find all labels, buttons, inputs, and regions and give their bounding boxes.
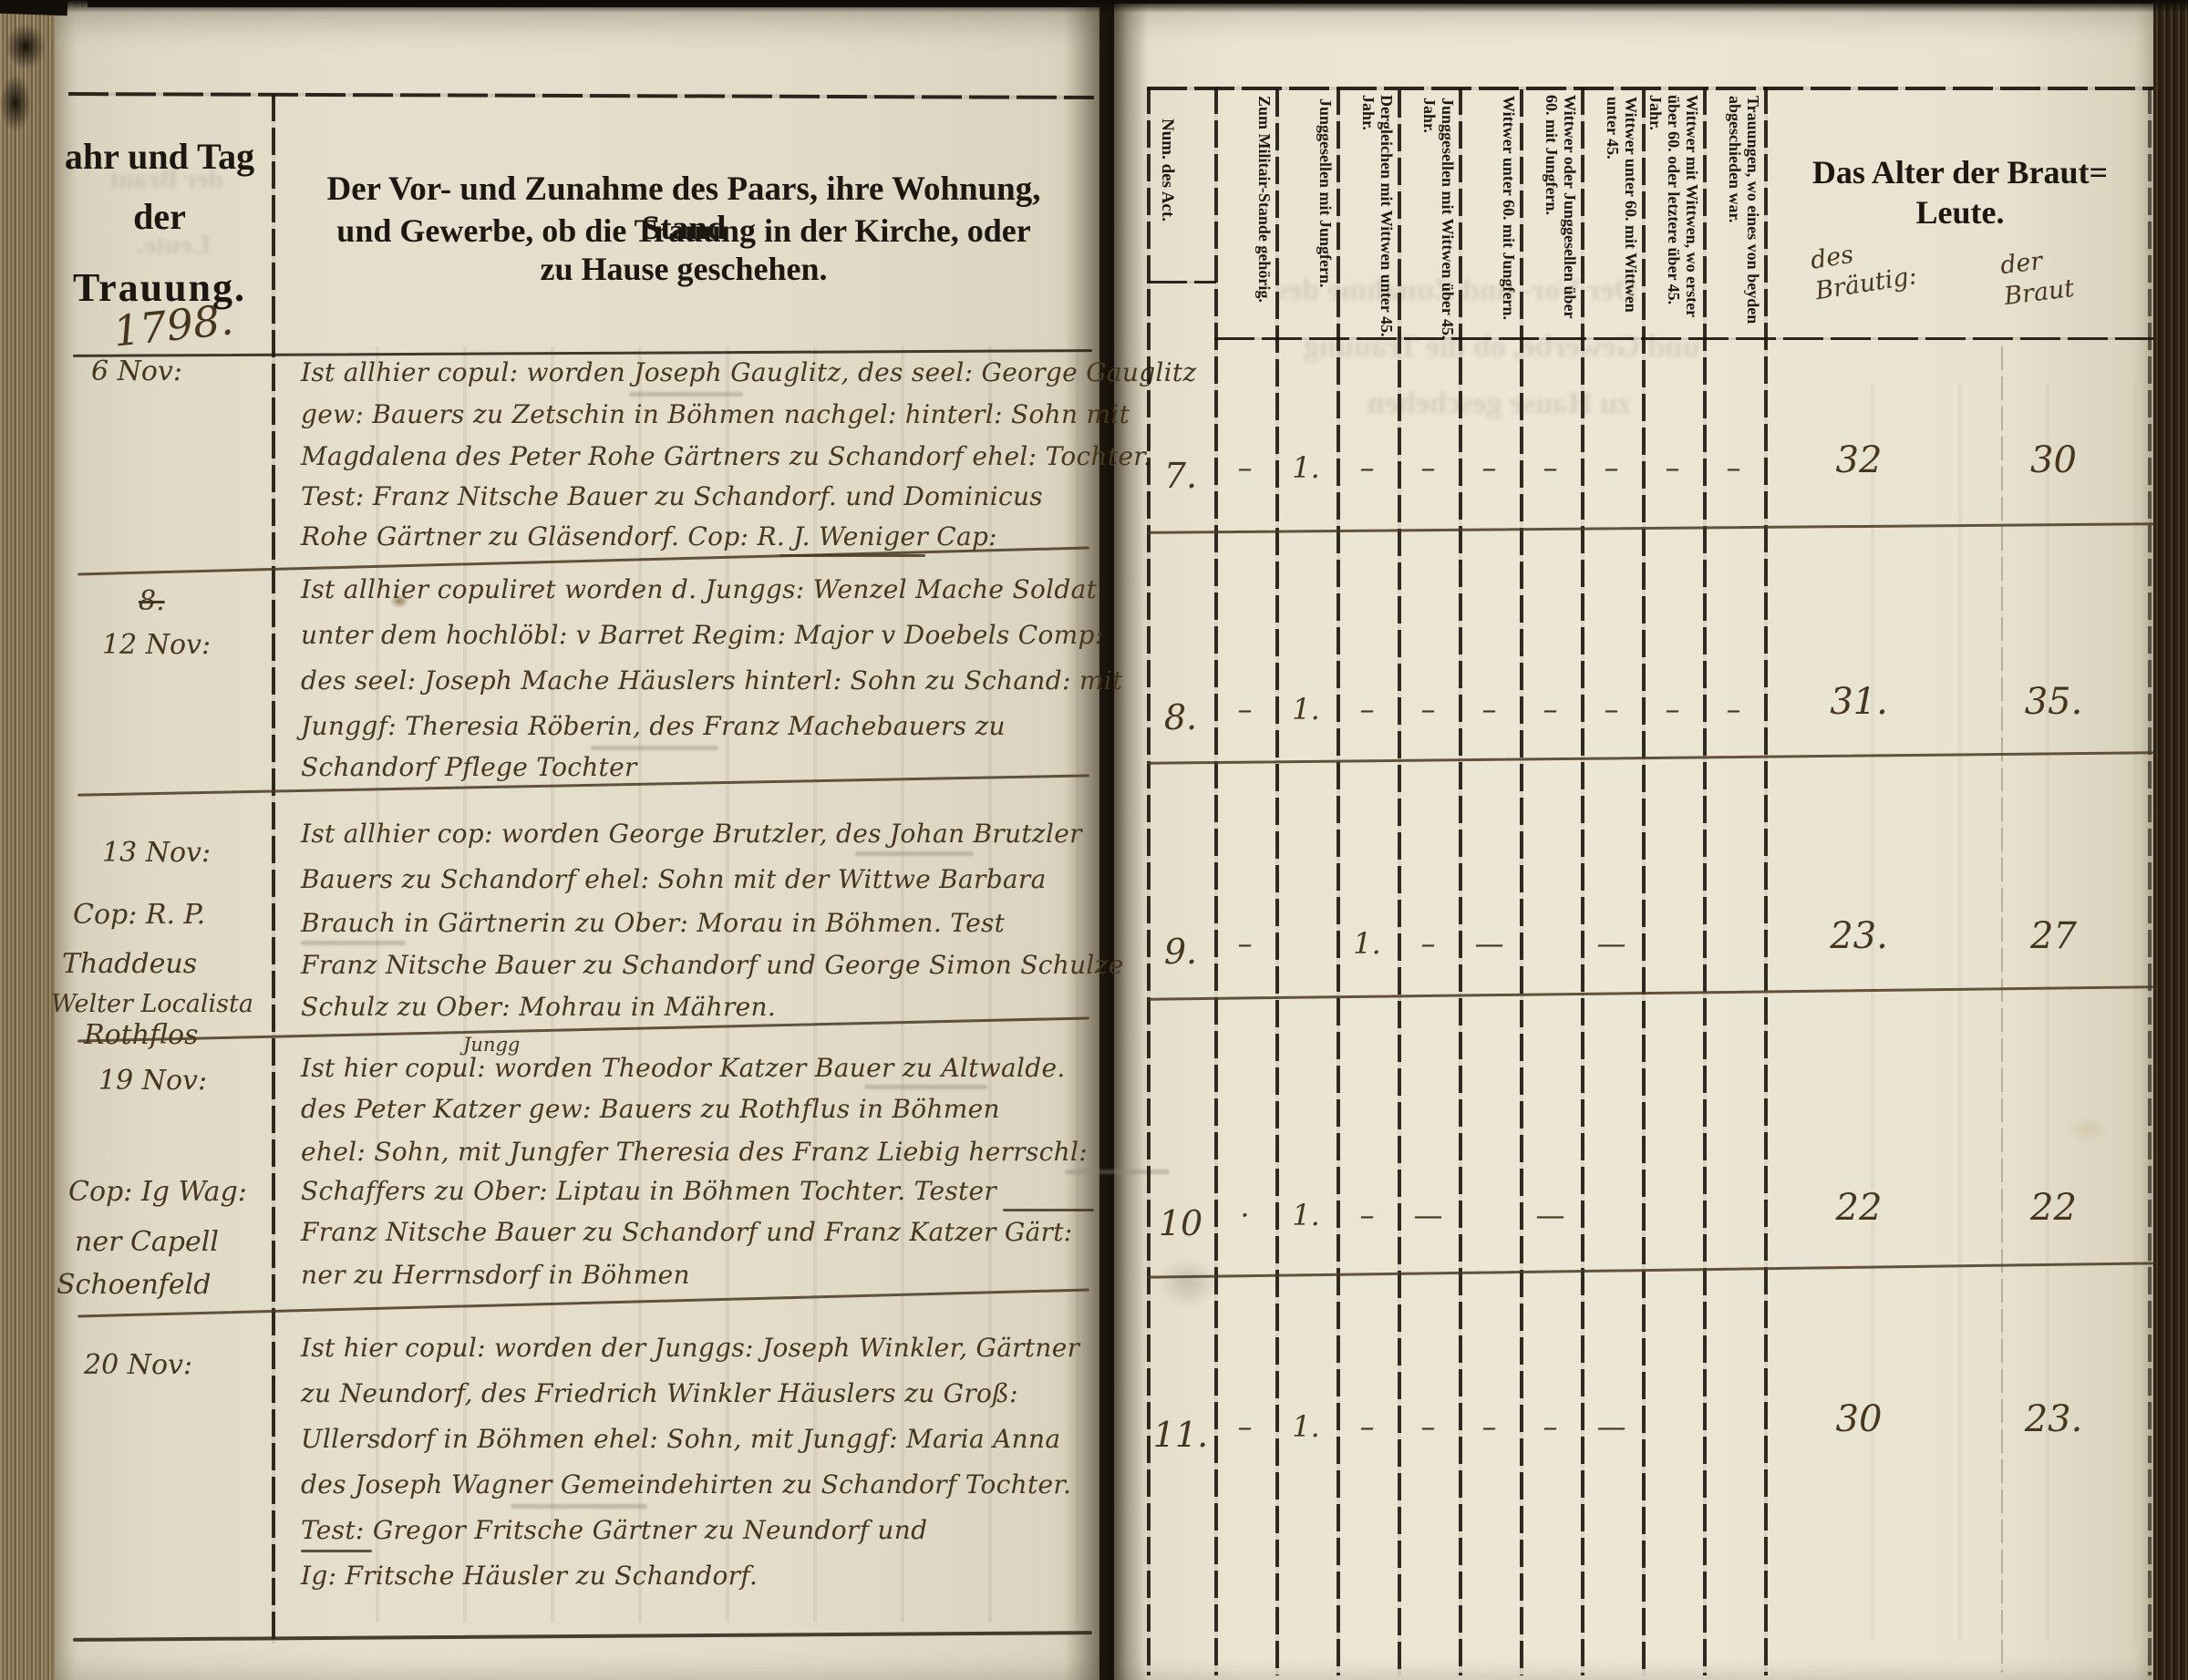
row-number: 11. <box>1147 1415 1214 1473</box>
pencil-underline <box>511 1504 647 1509</box>
entry-date: 6 Nov: <box>91 356 182 387</box>
tally-mark: — <box>1581 926 1642 984</box>
tally-mark: · <box>1214 1198 1275 1256</box>
entry-date: 19 Nov: <box>98 1065 207 1097</box>
row-number: 10 <box>1147 1203 1214 1262</box>
tally-mark: — <box>1398 1198 1459 1256</box>
register-row: 11. – 1. – – – – — 30 23. <box>1147 1415 2153 1473</box>
entry-text-line: unter dem hochlöbl: v Barret Regim: Majo… <box>301 620 1103 650</box>
pencil-underline <box>629 392 743 397</box>
bride-column-label: der Braut <box>1998 238 2114 313</box>
tally-mark <box>1520 926 1581 984</box>
tally-mark: – <box>1337 450 1398 509</box>
entry-margin-note: Cop: Ig Wag: <box>68 1176 247 1208</box>
stat-column-header: Wittwer mit Wittwen, wo erster über 60. … <box>1646 95 1701 337</box>
stat-column-header: Dergleichen mit Wittwen unter 45. Jahr. <box>1341 95 1396 337</box>
ink-underline <box>1003 1209 1094 1211</box>
tally-mark: 1. <box>1275 1198 1337 1256</box>
entry-text-line: Ist allhier copuliret worden d. Junggs: … <box>301 574 1097 604</box>
entry-text-line: des Peter Katzer gew: Bauers zu Rothflus… <box>301 1094 1000 1124</box>
row-number: 7. <box>1147 456 1214 514</box>
entry-text-line: Brauch in Gärtnerin zu Ober: Morau in Bö… <box>301 908 1005 938</box>
entry-date: 20 Nov: <box>84 1349 192 1381</box>
pencil-underline <box>591 746 718 750</box>
stat-column-header: Wittwer unter 60. mit Jungfern. <box>1463 96 1518 338</box>
entry-margin-note: Welter Localista <box>51 990 253 1018</box>
entry-date: 8. <box>139 585 165 617</box>
age-divider-rule <box>2001 346 2003 1673</box>
groom-age: 31. <box>1764 681 1954 739</box>
entry-margin-note: ner Capell <box>75 1226 219 1258</box>
tally-mark: – <box>1214 926 1275 984</box>
groom-age: 22 <box>1764 1187 1954 1245</box>
register-book-spread: der Braut Leute. Der Vor- und Zunahme de… <box>0 0 2188 1680</box>
entry-text-line: Rohe Gärtner zu Gläsendorf. Cop: R. J. W… <box>301 521 997 551</box>
entry-text-line: ehel: Sohn, mit Jungfer Theresia des Fra… <box>301 1137 1088 1167</box>
stat-column-header: Zum Militair-Stande gehörig. <box>1219 96 1274 338</box>
row-number: 9. <box>1147 932 1214 990</box>
tally-mark <box>1459 1198 1520 1256</box>
tally-mark: 1. <box>1275 692 1337 750</box>
entry-text-line: Schaffers zu Ober: Liptau in Böhmen Toch… <box>301 1176 996 1206</box>
tally-mark: – <box>1642 450 1703 509</box>
tally-mark: — <box>1520 1198 1581 1256</box>
groom-age: 30 <box>1764 1398 1954 1457</box>
stat-column-header: Wittwer oder Junggesellen über 60. mit J… <box>1524 95 1579 337</box>
groom-age: 32 <box>1764 439 1954 498</box>
ink-underline <box>301 1550 372 1552</box>
tally-mark <box>1275 926 1337 984</box>
pencil-underline <box>1065 1170 1170 1174</box>
register-row: 9. – 1. – — — 23. 27 <box>1147 932 2153 990</box>
tally-mark: 1. <box>1337 926 1398 984</box>
entry-text-line: Ist hier copul: worden der Junggs: Josep… <box>301 1333 1079 1363</box>
book-fore-edge <box>0 0 60 1680</box>
entry-text-line: Test: Franz Nitsche Bauer zu Schandorf. … <box>301 481 1043 511</box>
pencil-underline <box>301 941 406 945</box>
register-row: 8. – 1. – – – – – – – 31. 35. <box>1147 697 2153 756</box>
tally-mark: – <box>1398 926 1459 984</box>
entry-text-line: des seel: Joseph Mache Häuslers hinterl:… <box>301 665 1123 696</box>
tally-mark: – <box>1520 450 1581 509</box>
tally-mark <box>1642 1409 1703 1468</box>
tally-mark: — <box>1459 926 1520 984</box>
entry-margin-note: Rothflos <box>84 1019 199 1051</box>
tally-mark: – <box>1581 450 1642 509</box>
tally-mark: – <box>1703 450 1764 509</box>
age-section-title-line: Leute. <box>1773 193 2147 232</box>
main-header-line: und Gewerbe, ob die Trauung in der Kirch… <box>283 211 1085 250</box>
tally-mark: – <box>1214 1409 1275 1468</box>
row-number: 8. <box>1147 697 1214 756</box>
entry-text-line: Franz Nitsche Bauer zu Schandorf und Fra… <box>301 1217 1073 1247</box>
book-right-edge <box>2153 0 2188 1680</box>
entry-text-line: gew: Bauers zu Zetschin in Böhmen nachge… <box>301 399 1130 429</box>
main-header-line: zu Hause geschehen. <box>283 250 1085 288</box>
entry-text-line: Franz Nitsche Bauer zu Schandorf und Geo… <box>301 950 1124 980</box>
entry-text-line: des Joseph Wagner Gemeindehirten zu Scha… <box>301 1469 1071 1500</box>
register-row: 10 · 1. – — — 22 22 <box>1147 1203 2153 1262</box>
entry-date: 12 Nov: <box>102 629 211 661</box>
tally-mark: – <box>1214 692 1275 750</box>
right-header-bottom-rule <box>1214 337 2153 340</box>
entry-text-line: Magdalena des Peter Rohe Gärtners zu Sch… <box>301 441 1151 471</box>
tally-mark: – <box>1337 1198 1398 1256</box>
tally-mark: 1. <box>1275 450 1337 509</box>
bride-age: 23. <box>1954 1398 2153 1457</box>
entry-date: 13 Nov: <box>102 837 211 869</box>
tally-mark <box>1642 1198 1703 1256</box>
tally-mark: – <box>1337 1409 1398 1468</box>
entry-text-line: zu Neundorf, des Friedrich Winkler Häusl… <box>301 1378 1018 1408</box>
entry-text-line: Ig: Fritsche Häusler zu Schandorf. <box>301 1561 758 1591</box>
tally-mark: — <box>1581 1409 1642 1468</box>
pencil-underline <box>864 1085 987 1089</box>
date-column-header-line: der <box>55 195 264 238</box>
binding-mark <box>0 75 31 131</box>
stat-column-header: Trauungen, wo eines von beyden abgeschie… <box>1708 96 1762 338</box>
groom-age: 23. <box>1764 915 1954 974</box>
bride-age: 27 <box>1954 915 2153 974</box>
tally-mark: – <box>1642 692 1703 750</box>
tally-mark <box>1581 1198 1642 1256</box>
entry-margin-note: Thaddeus <box>62 948 197 980</box>
pencil-underline <box>855 851 974 856</box>
stat-column-header: Wittwer unter 60. mit Wittwen unter 45. <box>1585 97 1640 339</box>
tally-mark: – <box>1703 692 1764 750</box>
bleedthrough-text: zu Hause geschehen <box>1367 387 1631 421</box>
tally-mark <box>1703 1198 1764 1256</box>
stat-column-header: Junggesellen mit Jungfern. <box>1280 98 1335 341</box>
entry-text-line: Ist allhier cop: worden George Brutzler,… <box>301 819 1082 849</box>
stat-column-header: Junggesellen mit Wittwen über 45. Jahr. <box>1402 98 1457 340</box>
entry-text-line: ner zu Herrnsdorf in Böhmen <box>301 1260 690 1290</box>
age-section-title-line: Das Alter der Braut= <box>1773 153 2147 191</box>
right-table-top-rule <box>1147 87 2153 90</box>
left-date-column-rule <box>272 94 275 1644</box>
binding-mark <box>0 0 67 15</box>
entry-text-line: Ist allhier copul: worden Joseph Gauglit… <box>301 357 1197 387</box>
tally-mark: – <box>1398 450 1459 509</box>
tally-mark: – <box>1520 1409 1581 1468</box>
tally-mark: – <box>1459 692 1520 750</box>
entry-text-line: Junggf: Theresia Röberin, des Franz Mach… <box>301 711 1006 741</box>
pencil-smudge <box>1156 1258 1220 1308</box>
entry-text-line: Test: Gregor Fritsche Gärtner zu Neundor… <box>301 1515 927 1545</box>
tally-mark: – <box>1459 1409 1520 1468</box>
top-shadow <box>0 0 2188 13</box>
num-column-header: Num. des Act. <box>1158 119 1176 310</box>
date-column-header-line: ahr und Tag <box>55 135 264 178</box>
tally-mark <box>1703 1409 1764 1468</box>
entry-margin-note: Cop: R. P. <box>73 899 205 931</box>
bride-age: 22 <box>1954 1187 2153 1245</box>
register-row: 7. – 1. – – – – – – – 32 30 <box>1147 456 2153 514</box>
entry-text-line: Schandorf Pflege Tochter <box>301 752 637 782</box>
bride-age: 30 <box>1954 439 2153 498</box>
tally-mark: – <box>1581 692 1642 750</box>
entry-text-line: Ullersdorf in Böhmen ehel: Sohn, mit Jun… <box>301 1424 1060 1454</box>
entry-text-line: Ist hier copul: worden Theodor Katzer Ba… <box>301 1053 1066 1083</box>
tally-mark: – <box>1214 450 1275 509</box>
tally-mark: – <box>1520 692 1581 750</box>
binding-mark <box>5 24 46 69</box>
tally-mark <box>1642 926 1703 984</box>
tally-mark: – <box>1337 692 1398 750</box>
entry-text-line: Schulz zu Ober: Mohrau in Mähren. <box>301 992 776 1022</box>
bride-age: 35. <box>1954 681 2153 739</box>
tally-mark: 1. <box>1275 1409 1337 1468</box>
tally-mark: – <box>1398 692 1459 750</box>
tally-mark: – <box>1398 1409 1459 1468</box>
entry-text-line: Bauers zu Schandorf ehel: Sohn mit der W… <box>301 864 1047 894</box>
tally-mark: – <box>1459 450 1520 509</box>
entry-margin-note: Schoenfeld <box>57 1269 211 1301</box>
tally-mark <box>1703 926 1764 984</box>
